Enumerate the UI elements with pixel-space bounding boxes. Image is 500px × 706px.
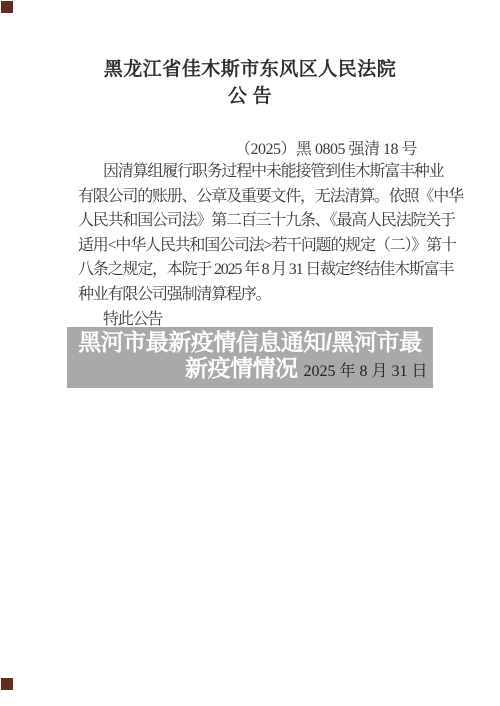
body-line: 有限公司的账册、公章及重要文件，无法清算。依照《中华 [78,185,488,210]
corner-marker-bottom-left [1,678,13,690]
announcement-title: 公 告 [0,85,500,109]
body-line: 八条之规定，本院于 2025 年 8 月 31 日裁定终结佳木斯富丰 [78,258,488,283]
corner-marker-top-left [1,1,13,13]
spam-link-banner[interactable]: 黑河市最新疫情信息通知/黑河市最 新疫情情况2025 年 8 月 31 日 [67,327,433,388]
banner-text-line2-label[interactable]: 新疫情情况 [185,355,298,381]
banner-text-line1[interactable]: 黑河市最新疫情信息通知/黑河市最 [67,329,433,355]
body-line: 种业有限公司强制清算程序。 [78,283,488,308]
announcement-body: 因清算组履行职务过程中未能接管到佳木斯富丰种业 有限公司的账册、公章及重要文件，… [78,160,488,332]
body-line: 因清算组履行职务过程中未能接管到佳木斯富丰种业 [78,160,488,185]
court-name-title: 黑龙江省佳木斯市东风区人民法院 [0,58,500,82]
body-line: 适用<中华人民共和国公司法>若干问题的规定（二）》第十 [78,234,488,259]
body-line: 人民共和国公司法》第二百三十九条、《最高人民法院关于 [78,209,488,234]
document-date: 2025 年 8 月 31 日 [304,363,428,380]
banner-text-line2[interactable]: 新疫情情况2025 年 8 月 31 日 [185,355,428,385]
scanned-court-announcement-page: 黑龙江省佳木斯市东风区人民法院 公 告 （2025）黑 0805 强清 18 号… [0,0,500,706]
case-number: （2025）黑 0805 强清 18 号 [235,136,417,159]
